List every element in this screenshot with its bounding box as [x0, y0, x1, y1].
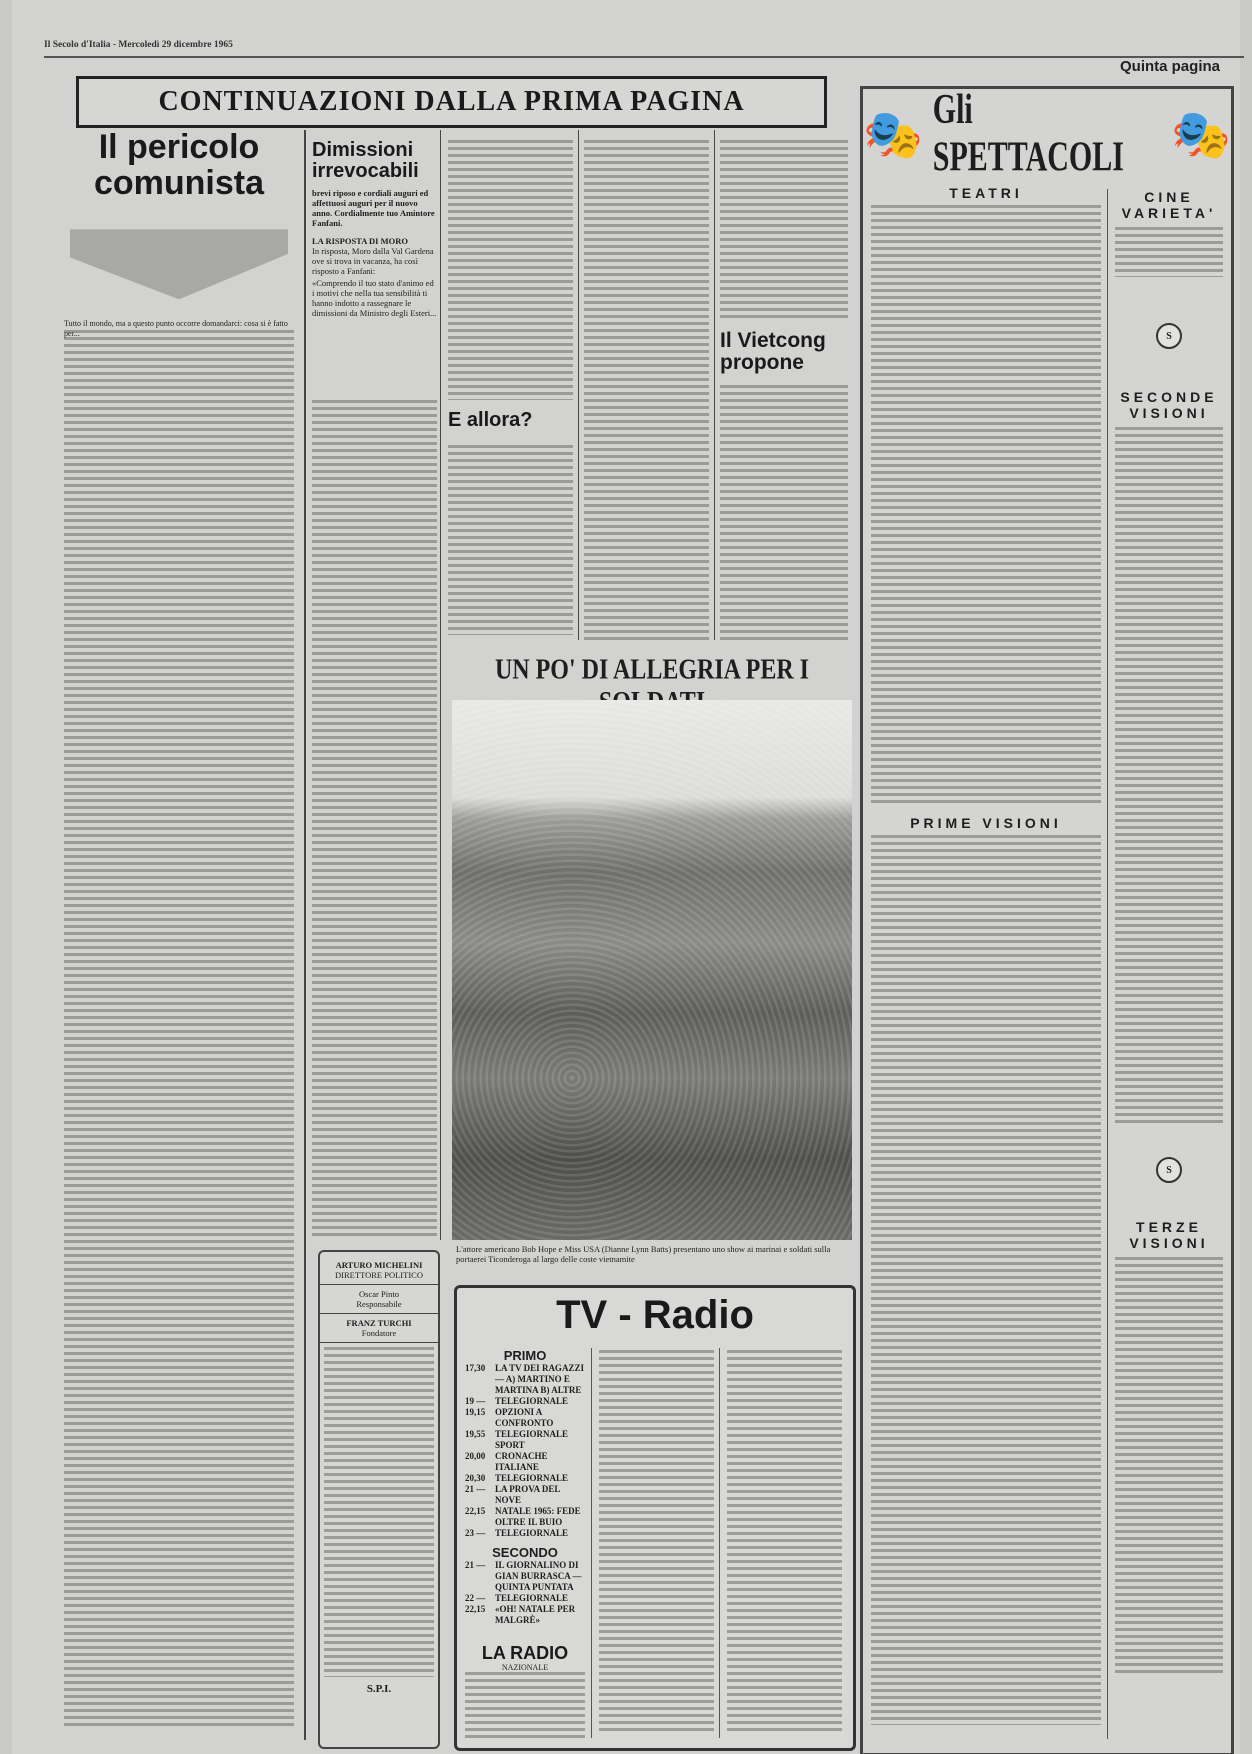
- schedule-row: 22 —Telegiornale: [465, 1593, 585, 1604]
- publisher-name: S.P.I.: [320, 1683, 438, 1695]
- founder-role: Fondatore: [320, 1328, 438, 1338]
- schedule-program: «Oh! Natale per Malgrè»: [495, 1604, 585, 1626]
- schedule-time: 20,30: [465, 1473, 495, 1484]
- column-rule: [719, 1348, 720, 1738]
- schedule-time: 22,15: [465, 1604, 495, 1626]
- schedule-row: 19,15Opzioni a confronto: [465, 1407, 585, 1429]
- divider: [320, 1313, 438, 1314]
- header-rule: [44, 56, 1244, 58]
- terze-visioni-listings: [1115, 1257, 1223, 1677]
- title-line: comunista: [64, 166, 294, 202]
- divider: [320, 1284, 438, 1285]
- seconde-visioni-listings: [1115, 427, 1223, 1127]
- article-subhead: LA RISPOSTA DI MORO: [312, 236, 437, 246]
- article-quote: «Comprendo il tuo stato d'animo ed i mot…: [312, 278, 437, 318]
- article-body: [720, 385, 848, 640]
- theater-mask-icon: 🎭: [863, 106, 923, 163]
- article-body: [448, 445, 573, 635]
- editor-role: Responsabile: [320, 1299, 438, 1309]
- column-rule: [1107, 189, 1108, 1739]
- column-rule: [304, 130, 306, 1740]
- divider: [320, 1342, 438, 1343]
- column-rule: [440, 130, 441, 1240]
- schedule-row: 20,00Cronache italiane: [465, 1451, 585, 1473]
- section-heading-cine: CINE: [1115, 189, 1223, 205]
- column-rule: [578, 130, 579, 640]
- schedule-row: 19,55Telegiornale sport: [465, 1429, 585, 1451]
- channel-label: SECONDO: [465, 1545, 585, 1560]
- spettacoli-title: Gli SPETTACOLI: [933, 86, 1161, 181]
- article-continuation: [584, 140, 709, 640]
- section-heading-seconde: SECONDE: [1115, 389, 1223, 405]
- schedule-program: Telegiornale sport: [495, 1429, 585, 1451]
- schedule-program: La prova del nove: [495, 1484, 585, 1506]
- spettacoli-logo: 🎭 Gli SPETTACOLI 🎭: [863, 89, 1231, 179]
- radio-title: LA RADIO: [465, 1644, 585, 1663]
- tv-schedule: PRIMO 17,30La TV dei ragazzi — a) Martin…: [465, 1348, 585, 1742]
- masthead-details: [324, 1347, 434, 1677]
- channel-label: PRIMO: [465, 1348, 585, 1363]
- title-line: Il pericolo: [64, 130, 294, 166]
- column-rule: [714, 130, 715, 640]
- rating-emblem-icon: S: [1156, 323, 1182, 349]
- schedule-row: 20,30Telegiornale: [465, 1473, 585, 1484]
- schedule-program: Il giornalino di Gian Burrasca — Quinta …: [495, 1560, 585, 1593]
- schedule-time: 19,15: [465, 1407, 495, 1429]
- founder-name: FRANZ TURCHI: [320, 1318, 438, 1328]
- schedule-row: 19 —Telegiornale: [465, 1396, 585, 1407]
- article-title-e-allora: E allora?: [448, 410, 532, 431]
- schedule-program: Telegiornale: [495, 1473, 585, 1484]
- article-body: [64, 330, 294, 1730]
- schedule-row: 22,15Natale 1965: Fede oltre il buio: [465, 1506, 585, 1528]
- schedule-time: 22,15: [465, 1506, 495, 1528]
- article-continuation: [448, 140, 573, 400]
- schedule-time: 19,55: [465, 1429, 495, 1451]
- section-heading-varieta: VARIETA': [1115, 205, 1223, 221]
- schedule-time: 17,30: [465, 1363, 495, 1396]
- schedule-row: 23 —Telegiornale: [465, 1528, 585, 1539]
- schedule-time: 22 —: [465, 1593, 495, 1604]
- teatri-listings: [871, 205, 1101, 805]
- title-line: Dimissioni: [312, 140, 437, 161]
- cinema-column: CINE VARIETA' S SECONDE VISIONI S TERZE …: [1115, 189, 1223, 1677]
- photo-bob-hope-show: [452, 700, 852, 1240]
- article-body-start: In risposta, Moro dalla Val Gardena ove …: [312, 246, 437, 276]
- schedule-program: Natale 1965: Fede oltre il buio: [495, 1506, 585, 1528]
- photo-caption: L'attore americano Bob Hope e Miss USA (…: [456, 1244, 848, 1264]
- schedule-time: 20,00: [465, 1451, 495, 1473]
- rating-emblem-icon: S: [1156, 1157, 1182, 1183]
- schedule-program: Cronache italiane: [495, 1451, 585, 1473]
- schedule-program: Telegiornale: [495, 1528, 585, 1539]
- spettacoli-box: 🎭 Gli SPETTACOLI 🎭 TEATRI PRIME VISIONI …: [860, 86, 1234, 1754]
- tv-radio-title: TV - Radio: [457, 1294, 853, 1336]
- schedule-time: 23 —: [465, 1528, 495, 1539]
- article-title: Il pericolo comunista: [64, 130, 294, 201]
- section-heading-teatri: TEATRI: [871, 185, 1101, 201]
- masthead-box: ARTURO MICHELINI DIRETTORE POLITICO Osca…: [318, 1250, 440, 1749]
- teatri-column: TEATRI PRIME VISIONI: [871, 185, 1101, 1725]
- schedule-row: 17,30La TV dei ragazzi — a) Martino e Ma…: [465, 1363, 585, 1396]
- schedule-row: 22,15«Oh! Natale per Malgrè»: [465, 1604, 585, 1626]
- article-lead: brevi riposo e cordiali auguri ed affett…: [312, 188, 437, 228]
- schedule-program: Opzioni a confronto: [495, 1407, 585, 1429]
- section-heading-prime-visioni: PRIME VISIONI: [871, 815, 1101, 831]
- schedule-time: 21 —: [465, 1560, 495, 1593]
- decorative-chevron-icon: [70, 229, 288, 299]
- schedule-program: Telegiornale: [495, 1593, 585, 1604]
- theater-mask-icon: 🎭: [1171, 106, 1231, 163]
- title-line: irrevocabili: [312, 161, 437, 182]
- article-pericolo: Il pericolo comunista Tutto il mondo, ma…: [64, 130, 294, 1730]
- schedule-row: 21 —La prova del nove: [465, 1484, 585, 1506]
- article-body: [312, 400, 437, 1240]
- primo-schedule: 17,30La TV dei ragazzi — a) Martino e Ma…: [465, 1363, 585, 1539]
- radio-subtitle: NAZIONALE: [465, 1663, 585, 1672]
- radio-programs: [599, 1350, 714, 1735]
- title-line: propone: [720, 352, 826, 374]
- prime-visioni-listings: [871, 835, 1101, 1725]
- cine-varieta-listings: [1115, 227, 1223, 277]
- newspaper-page: Il Secolo d'Italia - Mercoledì 29 dicemb…: [12, 0, 1240, 1754]
- radio-programs: [727, 1350, 842, 1735]
- column-rule: [591, 1348, 592, 1738]
- director-role: DIRETTORE POLITICO: [320, 1270, 438, 1280]
- section-heading-visioni: VISIONI: [1115, 1235, 1223, 1251]
- secondo-schedule: 21 —Il giornalino di Gian Burrasca — Qui…: [465, 1560, 585, 1626]
- article-title-vietcong: Il Vietcong propone: [720, 330, 826, 374]
- title-line: Il Vietcong: [720, 330, 826, 352]
- editor-name: Oscar Pinto: [320, 1289, 438, 1299]
- director-name: ARTURO MICHELINI: [320, 1260, 438, 1270]
- section-banner: CONTINUAZIONI DALLA PRIMA PAGINA: [76, 76, 827, 128]
- tv-radio-box: TV - Radio PRIMO 17,30La TV dei ragazzi …: [454, 1285, 856, 1751]
- radio-listing: [465, 1672, 585, 1742]
- section-heading-terze: TERZE: [1115, 1219, 1223, 1235]
- section-heading-visioni: VISIONI: [1115, 405, 1223, 421]
- running-head: Il Secolo d'Italia - Mercoledì 29 dicemb…: [44, 40, 233, 50]
- page-label: Quinta pagina: [1120, 58, 1220, 75]
- schedule-time: 21 —: [465, 1484, 495, 1506]
- schedule-time: 19 —: [465, 1396, 495, 1407]
- article-title: Dimissioni irrevocabili: [312, 140, 437, 182]
- article-continuation: [720, 140, 848, 320]
- schedule-program: Telegiornale: [495, 1396, 585, 1407]
- article-dimissioni: Dimissioni irrevocabili brevi riposo e c…: [312, 140, 437, 1240]
- schedule-program: La TV dei ragazzi — a) Martino e Martina…: [495, 1363, 585, 1396]
- schedule-row: 21 —Il giornalino di Gian Burrasca — Qui…: [465, 1560, 585, 1593]
